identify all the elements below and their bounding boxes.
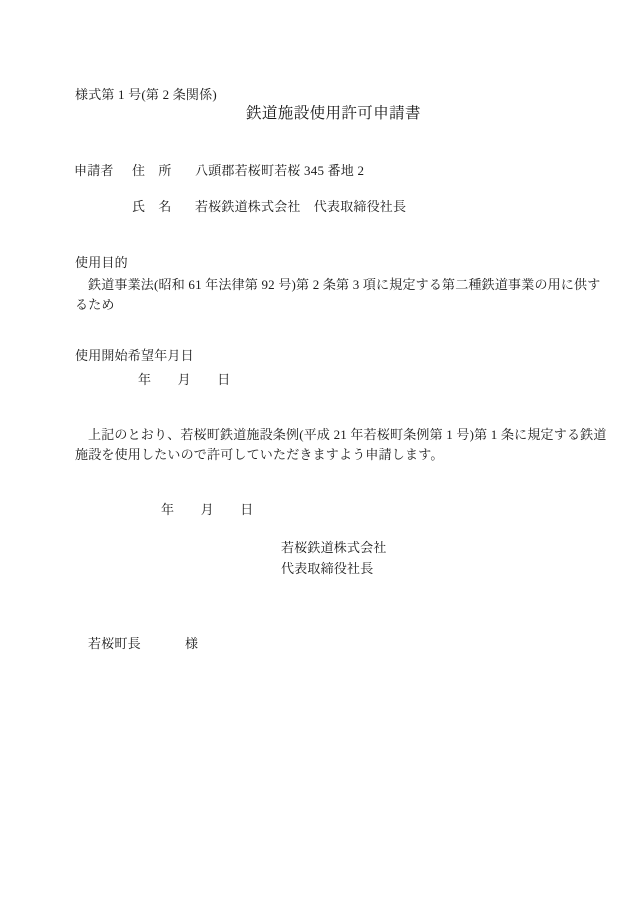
submission-signer-title: 代表取締役社長 [281, 561, 373, 577]
application-form-page: 様式第 1 号(第 2 条関係) 鉄道施設使用許可申請書 申請者 住 所 八頭郡… [0, 0, 630, 915]
document-title: 鉄道施設使用許可申請書 [246, 104, 421, 123]
addressee-honorific: 様 [185, 636, 198, 652]
form-number: 様式第 1 号(第 2 条関係) [75, 87, 217, 103]
applicant-address-label: 住 所 [132, 163, 172, 179]
request-paragraph-line2: 施設を使用したいので許可していただきますよう申請します。 [75, 447, 444, 463]
submission-company-name: 若桜鉄道株式会社 [281, 540, 387, 556]
applicant-name-value: 若桜鉄道株式会社 代表取締役社長 [195, 199, 406, 215]
purpose-body-line1: 鉄道事業法(昭和 61 年法律第 92 号)第 2 条第 3 項に規定する第二種… [88, 277, 600, 293]
request-paragraph-line1: 上記のとおり、若桜町鉄道施設条例(平成 21 年若桜町条例第 1 号)第 1 条… [88, 427, 607, 443]
purpose-body-line2: るため [75, 297, 115, 313]
addressee-name: 若桜町長 [88, 636, 141, 652]
start-date-blank: 年 月 日 [138, 372, 230, 388]
start-date-heading: 使用開始希望年月日 [75, 348, 194, 364]
applicant-address-value: 八頭郡若桜町若桜 345 番地 2 [195, 163, 364, 179]
applicant-label: 申請者 [74, 163, 114, 179]
purpose-heading: 使用目的 [75, 255, 128, 271]
applicant-name-label: 氏 名 [132, 199, 172, 215]
submission-date-blank: 年 月 日 [161, 502, 253, 518]
